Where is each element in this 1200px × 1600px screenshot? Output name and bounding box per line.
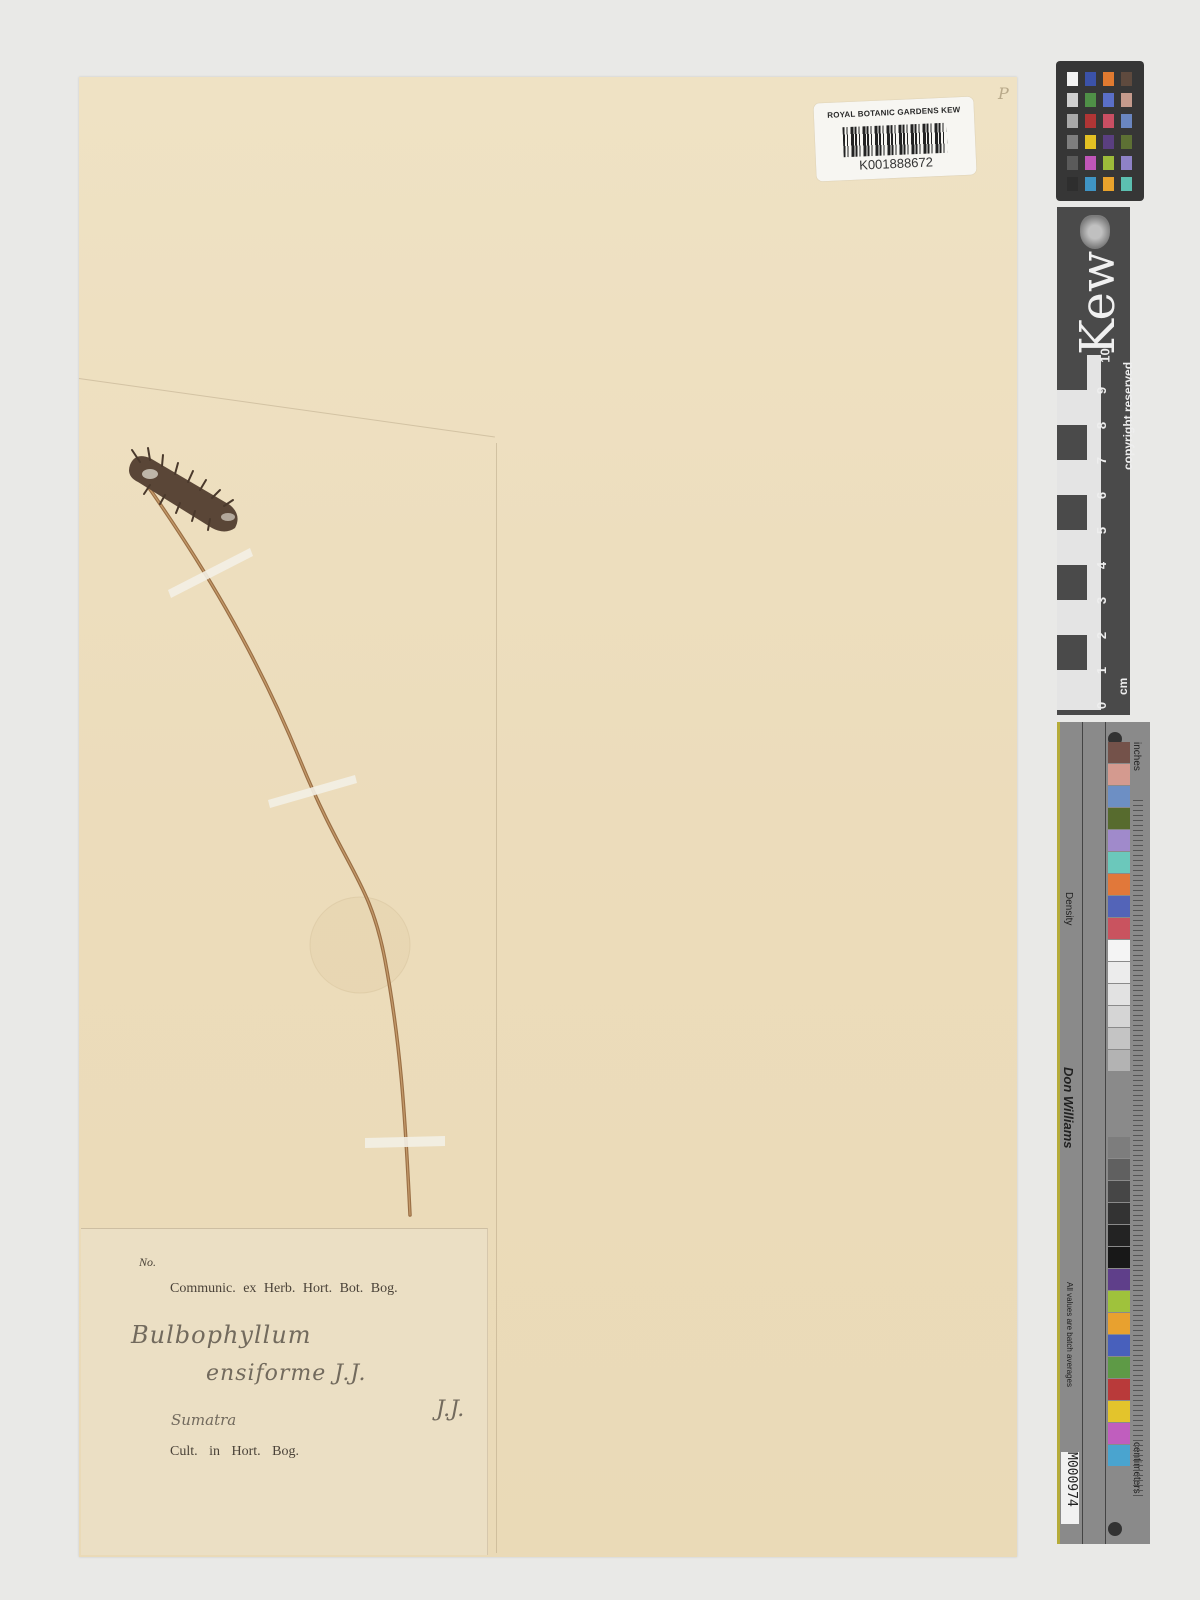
target-swatch <box>1108 1203 1130 1224</box>
target-swatch <box>1108 1313 1130 1334</box>
mounting-straps <box>168 548 445 1148</box>
scale-number: 8 <box>1094 422 1109 429</box>
target-swatch <box>1108 874 1130 895</box>
color-swatch <box>1121 135 1132 149</box>
herbarium-label: No. Communic. ex Herb. Hort. Bot. Bog. B… <box>81 1228 488 1555</box>
inches-label: inches <box>1131 742 1142 771</box>
scale-number: 3 <box>1094 597 1109 604</box>
color-swatch <box>1103 93 1114 107</box>
target-swatch <box>1108 1423 1130 1444</box>
label-communicated: Communic. ex Herb. Hort. Bot. Bog. <box>170 1281 398 1297</box>
handwritten-locality: Sumatra <box>171 1411 236 1429</box>
density-values-column <box>1082 722 1106 1544</box>
brand-label: Don Williams <box>1061 1067 1076 1149</box>
scale-number: 0 <box>1094 702 1109 709</box>
color-checker-chart <box>1056 61 1144 201</box>
target-swatch <box>1108 918 1130 939</box>
target-swatch <box>1108 1445 1130 1466</box>
label-cultivated: Cult. in Hort. Bog. <box>170 1444 299 1460</box>
target-swatch <box>1108 1181 1130 1202</box>
target-swatch <box>1108 984 1130 1005</box>
scale-number: 4 <box>1094 562 1109 569</box>
target-swatch <box>1108 896 1130 917</box>
color-swatch <box>1067 135 1078 149</box>
target-id: M000974 <box>1064 1452 1079 1507</box>
cm-unit-label: cm <box>1116 678 1130 695</box>
scale-number: 10 <box>1098 348 1113 362</box>
color-swatch <box>1121 177 1132 191</box>
handwritten-initials: J.J. <box>436 1397 464 1422</box>
kew-crest-icon <box>1080 215 1110 249</box>
handwritten-genus: Bulbophyllum <box>131 1321 312 1349</box>
target-swatch <box>1108 1335 1130 1356</box>
color-swatch <box>1121 72 1132 86</box>
scale-number: 7 <box>1094 457 1109 464</box>
target-swatch <box>1108 940 1130 961</box>
color-swatch <box>1067 93 1078 107</box>
scale-number: 5 <box>1094 527 1109 534</box>
target-swatch <box>1108 1006 1130 1027</box>
target-swatch <box>1108 1379 1130 1400</box>
target-swatch <box>1108 1028 1130 1049</box>
target-swatch <box>1108 742 1130 763</box>
target-swatch <box>1108 962 1130 983</box>
color-swatch <box>1103 177 1114 191</box>
ruler-ticks <box>1133 800 1143 1500</box>
color-swatch <box>1103 135 1114 149</box>
kew-logo: Kew <box>1053 273 1143 333</box>
color-swatch <box>1121 93 1132 107</box>
color-swatch <box>1085 72 1096 86</box>
color-swatch <box>1067 72 1078 86</box>
target-swatch <box>1108 1225 1130 1246</box>
color-swatch <box>1121 114 1132 128</box>
target-swatch <box>1108 1401 1130 1422</box>
target-swatch <box>1108 1050 1130 1071</box>
density-label: Density <box>1063 892 1074 925</box>
target-swatch <box>1108 1137 1130 1158</box>
color-swatch <box>1085 177 1096 191</box>
color-swatch <box>1103 156 1114 170</box>
color-swatch <box>1103 72 1114 86</box>
color-swatch <box>1085 114 1096 128</box>
target-swatch <box>1108 830 1130 851</box>
label-number: No. <box>139 1255 156 1270</box>
target-id-label: M000974 <box>1061 1452 1079 1524</box>
target-swatch <box>1108 1159 1130 1180</box>
color-swatch <box>1067 177 1078 191</box>
copyright-text: copyright reserved <box>1121 362 1135 470</box>
mount-hole <box>1108 1522 1122 1536</box>
scale-number: 2 <box>1094 632 1109 639</box>
color-swatch <box>1085 135 1096 149</box>
batch-note: All values are batch averages <box>1065 1282 1074 1387</box>
target-swatch <box>1108 1247 1130 1268</box>
inflorescence <box>129 448 238 532</box>
color-swatch <box>1121 156 1132 170</box>
color-swatch <box>1103 114 1114 128</box>
color-swatch <box>1085 156 1096 170</box>
scale-number: 6 <box>1094 492 1109 499</box>
scale-number: 1 <box>1094 667 1109 674</box>
color-swatch <box>1067 114 1078 128</box>
color-swatch <box>1085 93 1096 107</box>
handwritten-epithet: ensiforme J.J. <box>206 1361 367 1386</box>
scale-number: 9 <box>1094 387 1109 394</box>
target-swatch <box>1108 764 1130 785</box>
target-swatch <box>1108 786 1130 807</box>
target-swatch <box>1108 852 1130 873</box>
target-swatch <box>1108 1269 1130 1290</box>
target-swatch <box>1108 808 1130 829</box>
target-swatch <box>1108 1357 1130 1378</box>
target-swatch <box>1108 1291 1130 1312</box>
color-swatch <box>1067 156 1078 170</box>
